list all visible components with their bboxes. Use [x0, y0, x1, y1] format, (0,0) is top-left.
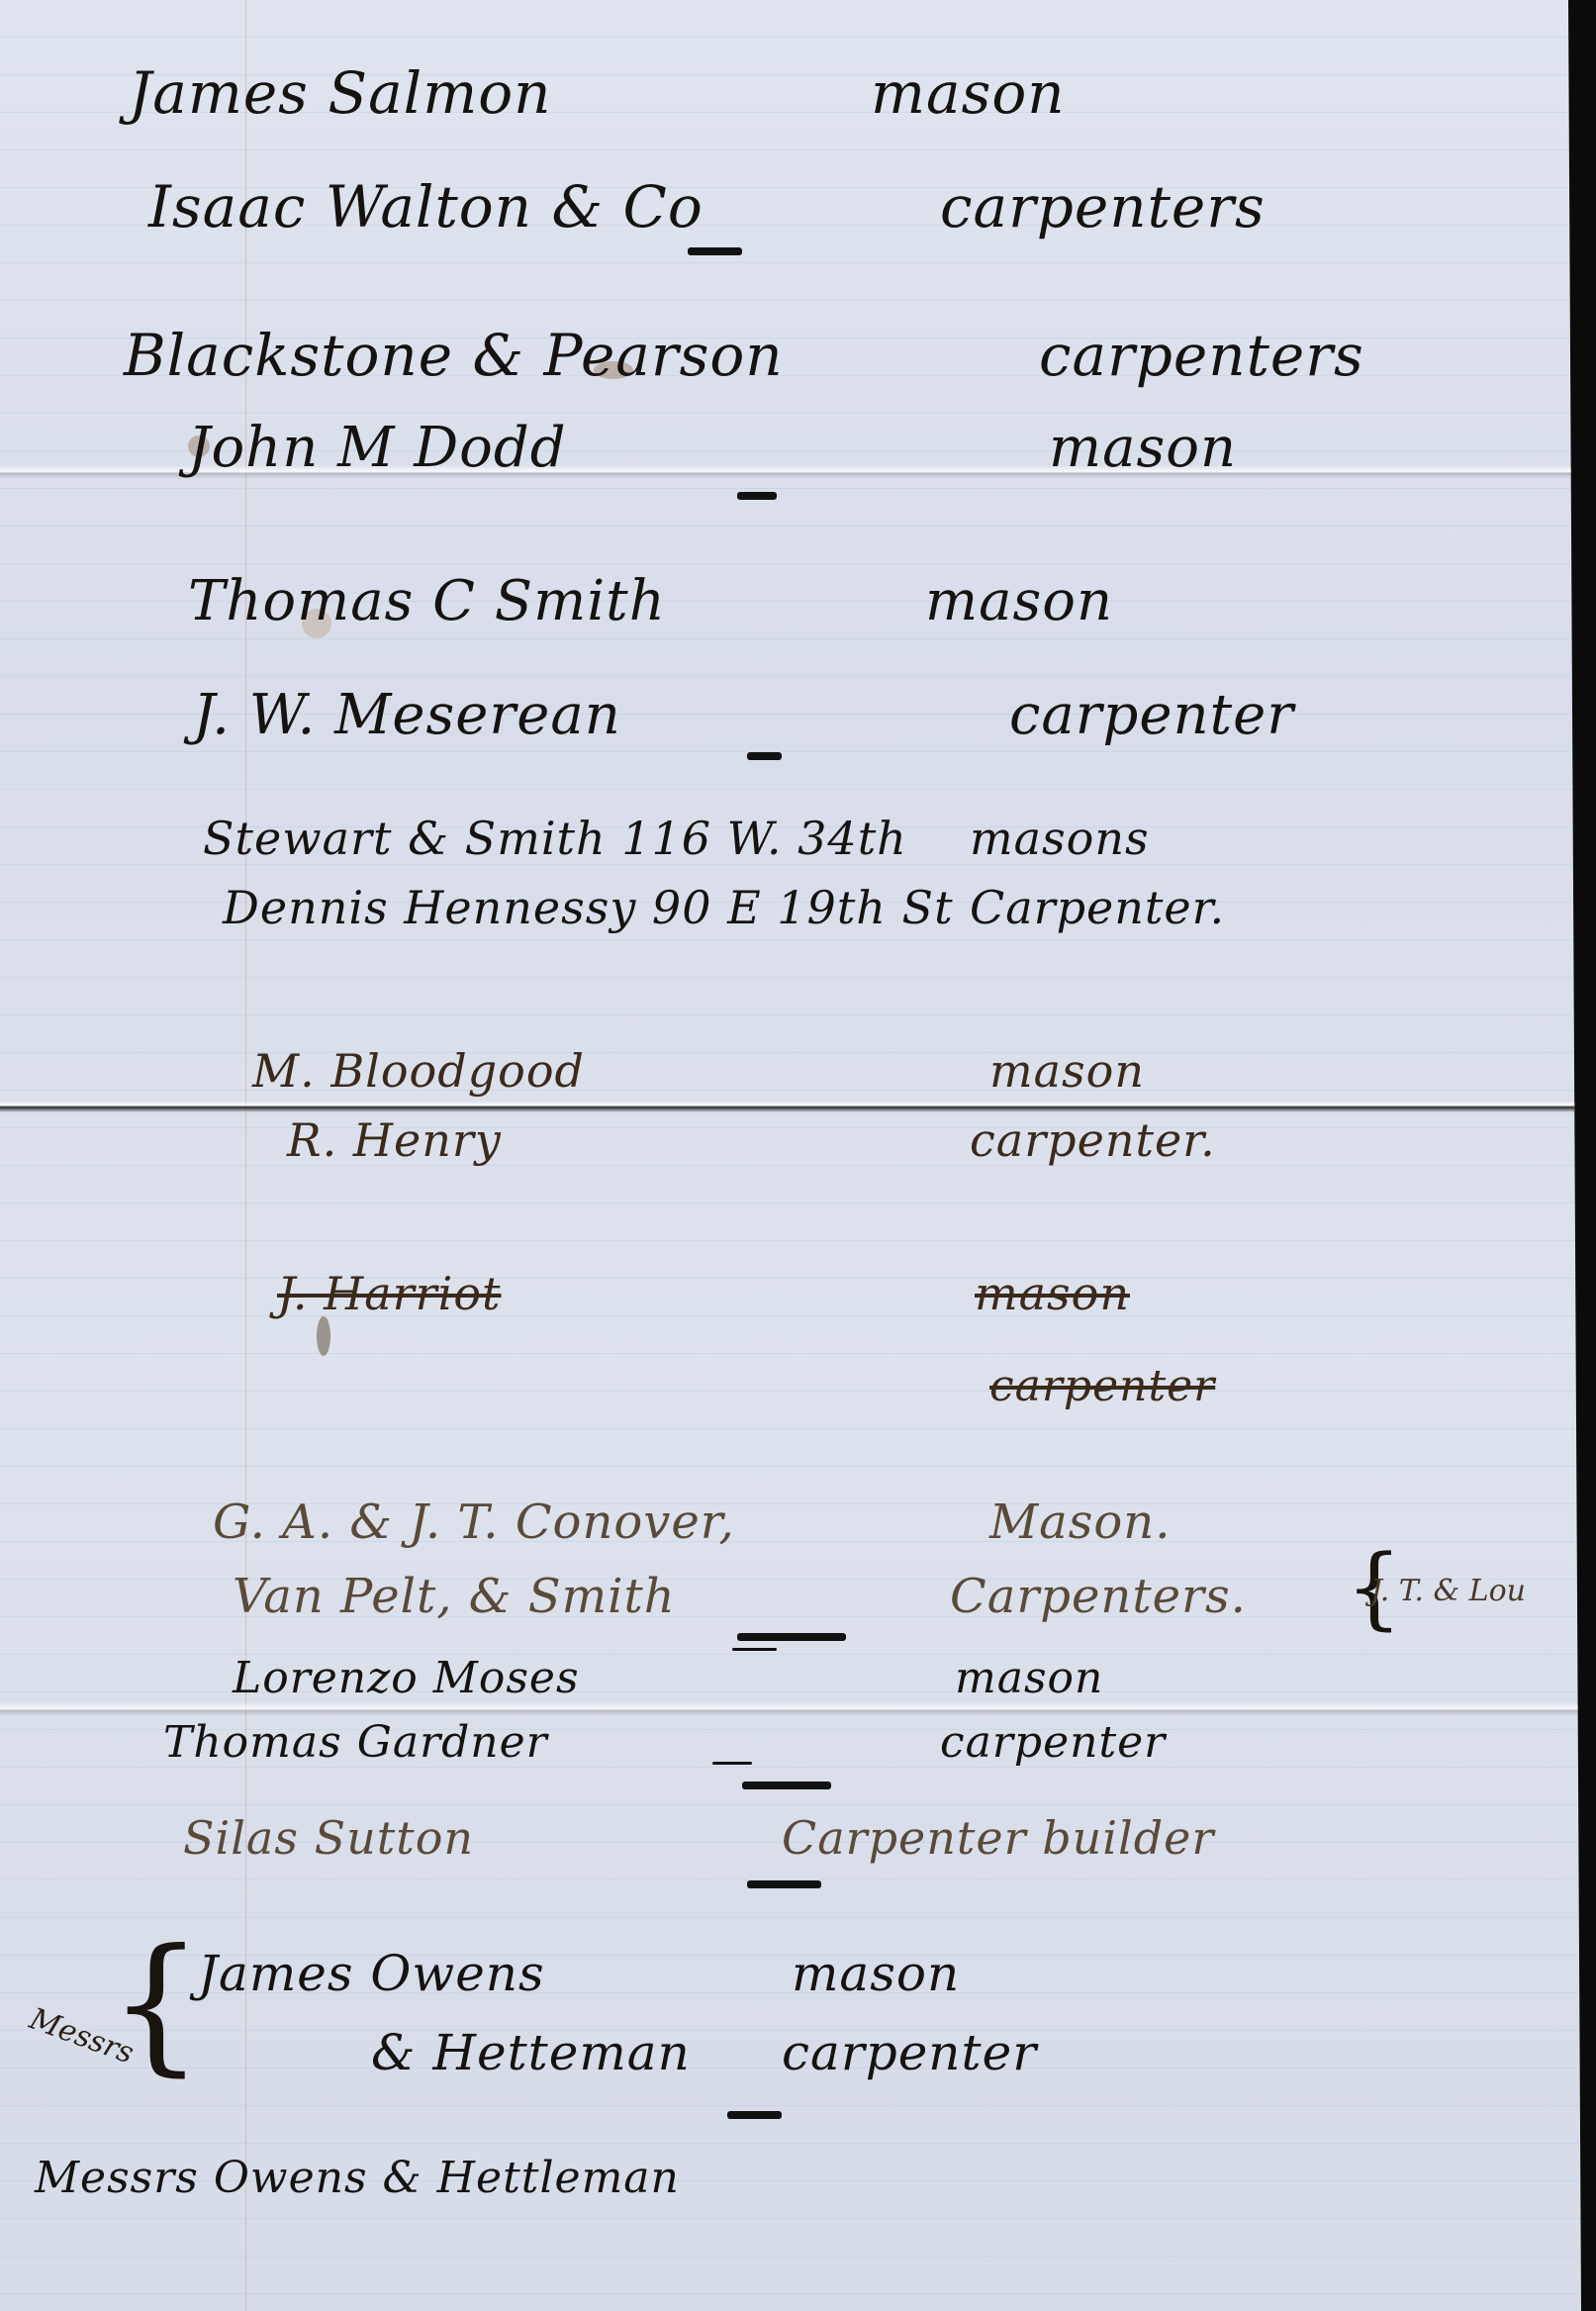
- entry-trade: carpenter: [782, 2024, 1037, 2081]
- entry-name: Thomas C Smith: [188, 569, 666, 633]
- entry-trade: Carpenters.: [950, 1569, 1247, 1624]
- entry-trade: mason: [955, 1653, 1103, 1703]
- document-page: James SalmonmasonIsaac Walton & Cocarpen…: [0, 0, 1581, 2311]
- entry-trade: carpenter: [1009, 683, 1294, 747]
- entry-trade: Carpenter.: [970, 881, 1225, 934]
- entry-name: Blackstone & Pearson: [124, 322, 784, 389]
- entry-trade: carpenter.: [970, 1113, 1216, 1167]
- entry-trade: Mason.: [989, 1494, 1171, 1550]
- entry-trade: Carpenter builder: [782, 1811, 1214, 1865]
- entry-name: Lorenzo Moses: [233, 1653, 580, 1703]
- separator-dash: [737, 492, 777, 500]
- entry-name: James Owens: [198, 1945, 545, 2002]
- entry-name: J. W. Meserean: [193, 683, 621, 747]
- separator-dash: [712, 1762, 752, 1765]
- entry-trade: carpenters: [940, 173, 1266, 241]
- entry-trade: mason: [989, 1044, 1145, 1098]
- entry-trade: mason: [871, 59, 1066, 127]
- list-entry: M. Bloodgoodmason: [252, 1044, 1596, 1098]
- list-entry: J. Harriotmason: [277, 1267, 1596, 1320]
- list-entry: Isaac Walton & Cocarpenters: [148, 173, 1534, 241]
- list-entry: James Owensmason: [198, 1945, 1583, 2002]
- list-entry: R. Henrycarpenter.: [287, 1113, 1596, 1167]
- entry-name: Van Pelt, & Smith: [233, 1569, 676, 1624]
- separator-dash: [747, 752, 782, 760]
- entry-trade: mason: [975, 1267, 1130, 1320]
- paper-fold: [0, 1702, 1581, 1716]
- list-entry: Stewart & Smith 116 W. 34thmasons: [203, 812, 1588, 865]
- entry-name: James Salmon: [129, 59, 552, 127]
- list-entry: Dennis Hennessy 90 E 19th StCarpenter.: [223, 881, 1596, 934]
- separator-dash: [732, 1648, 777, 1651]
- entry-name: Silas Sutton: [183, 1811, 474, 1865]
- entry-name: Stewart & Smith 116 W. 34th: [203, 812, 907, 865]
- entry-trade: carpenter: [989, 1361, 1215, 1411]
- paper-fold-dark: [0, 1101, 1581, 1112]
- entry-trade: mason: [1049, 416, 1237, 480]
- separator-dash: [737, 1633, 846, 1641]
- separator-dash: [688, 247, 742, 255]
- entry-trade: masons: [970, 812, 1150, 865]
- list-entry: Lorenzo Mosesmason: [233, 1653, 1596, 1703]
- separator-dash: [727, 2111, 782, 2119]
- entry-name: R. Henry: [287, 1113, 502, 1167]
- entry-trade: mason: [925, 569, 1113, 633]
- separator-dash: [747, 1880, 821, 1888]
- entry-name: G. A. & J. T. Conover,: [213, 1494, 735, 1550]
- entry-name: & Hetteman: [371, 2024, 691, 2081]
- ink-stain: [317, 1316, 330, 1356]
- list-entry: J. W. Mesereancarpenter: [193, 683, 1578, 747]
- separator-dash: [742, 1781, 831, 1789]
- entry-name: J. Harriot: [277, 1267, 502, 1320]
- list-entry: John M Doddmason: [188, 416, 1573, 480]
- entry-trade: carpenters: [1039, 322, 1364, 389]
- entry-trade: mason: [792, 1945, 960, 2002]
- entry-name: Dennis Hennessy 90 E 19th St: [223, 881, 954, 934]
- entry-trade: carpenter: [940, 1717, 1166, 1768]
- final-entry: Messrs Owens & Hettleman: [35, 2153, 680, 2203]
- list-entry: Silas SuttonCarpenter builder: [183, 1811, 1568, 1865]
- list-entry: James Salmonmason: [129, 59, 1514, 127]
- entry-name: John M Dodd: [188, 416, 567, 480]
- entry-name: M. Bloodgood: [252, 1044, 585, 1098]
- entry-name: Isaac Walton & Co: [148, 173, 704, 241]
- conover-note: J. T. & Lou: [1370, 1574, 1526, 1608]
- list-entry: & Hettemancarpenter: [371, 2024, 1596, 2081]
- list-entry: carpenter: [277, 1361, 1596, 1411]
- list-entry: Thomas C Smithmason: [188, 569, 1573, 633]
- list-entry: Blackstone & Pearsoncarpenters: [124, 322, 1509, 389]
- list-entry: Thomas Gardnercarpenter: [163, 1717, 1549, 1768]
- entry-name: Thomas Gardner: [163, 1717, 548, 1768]
